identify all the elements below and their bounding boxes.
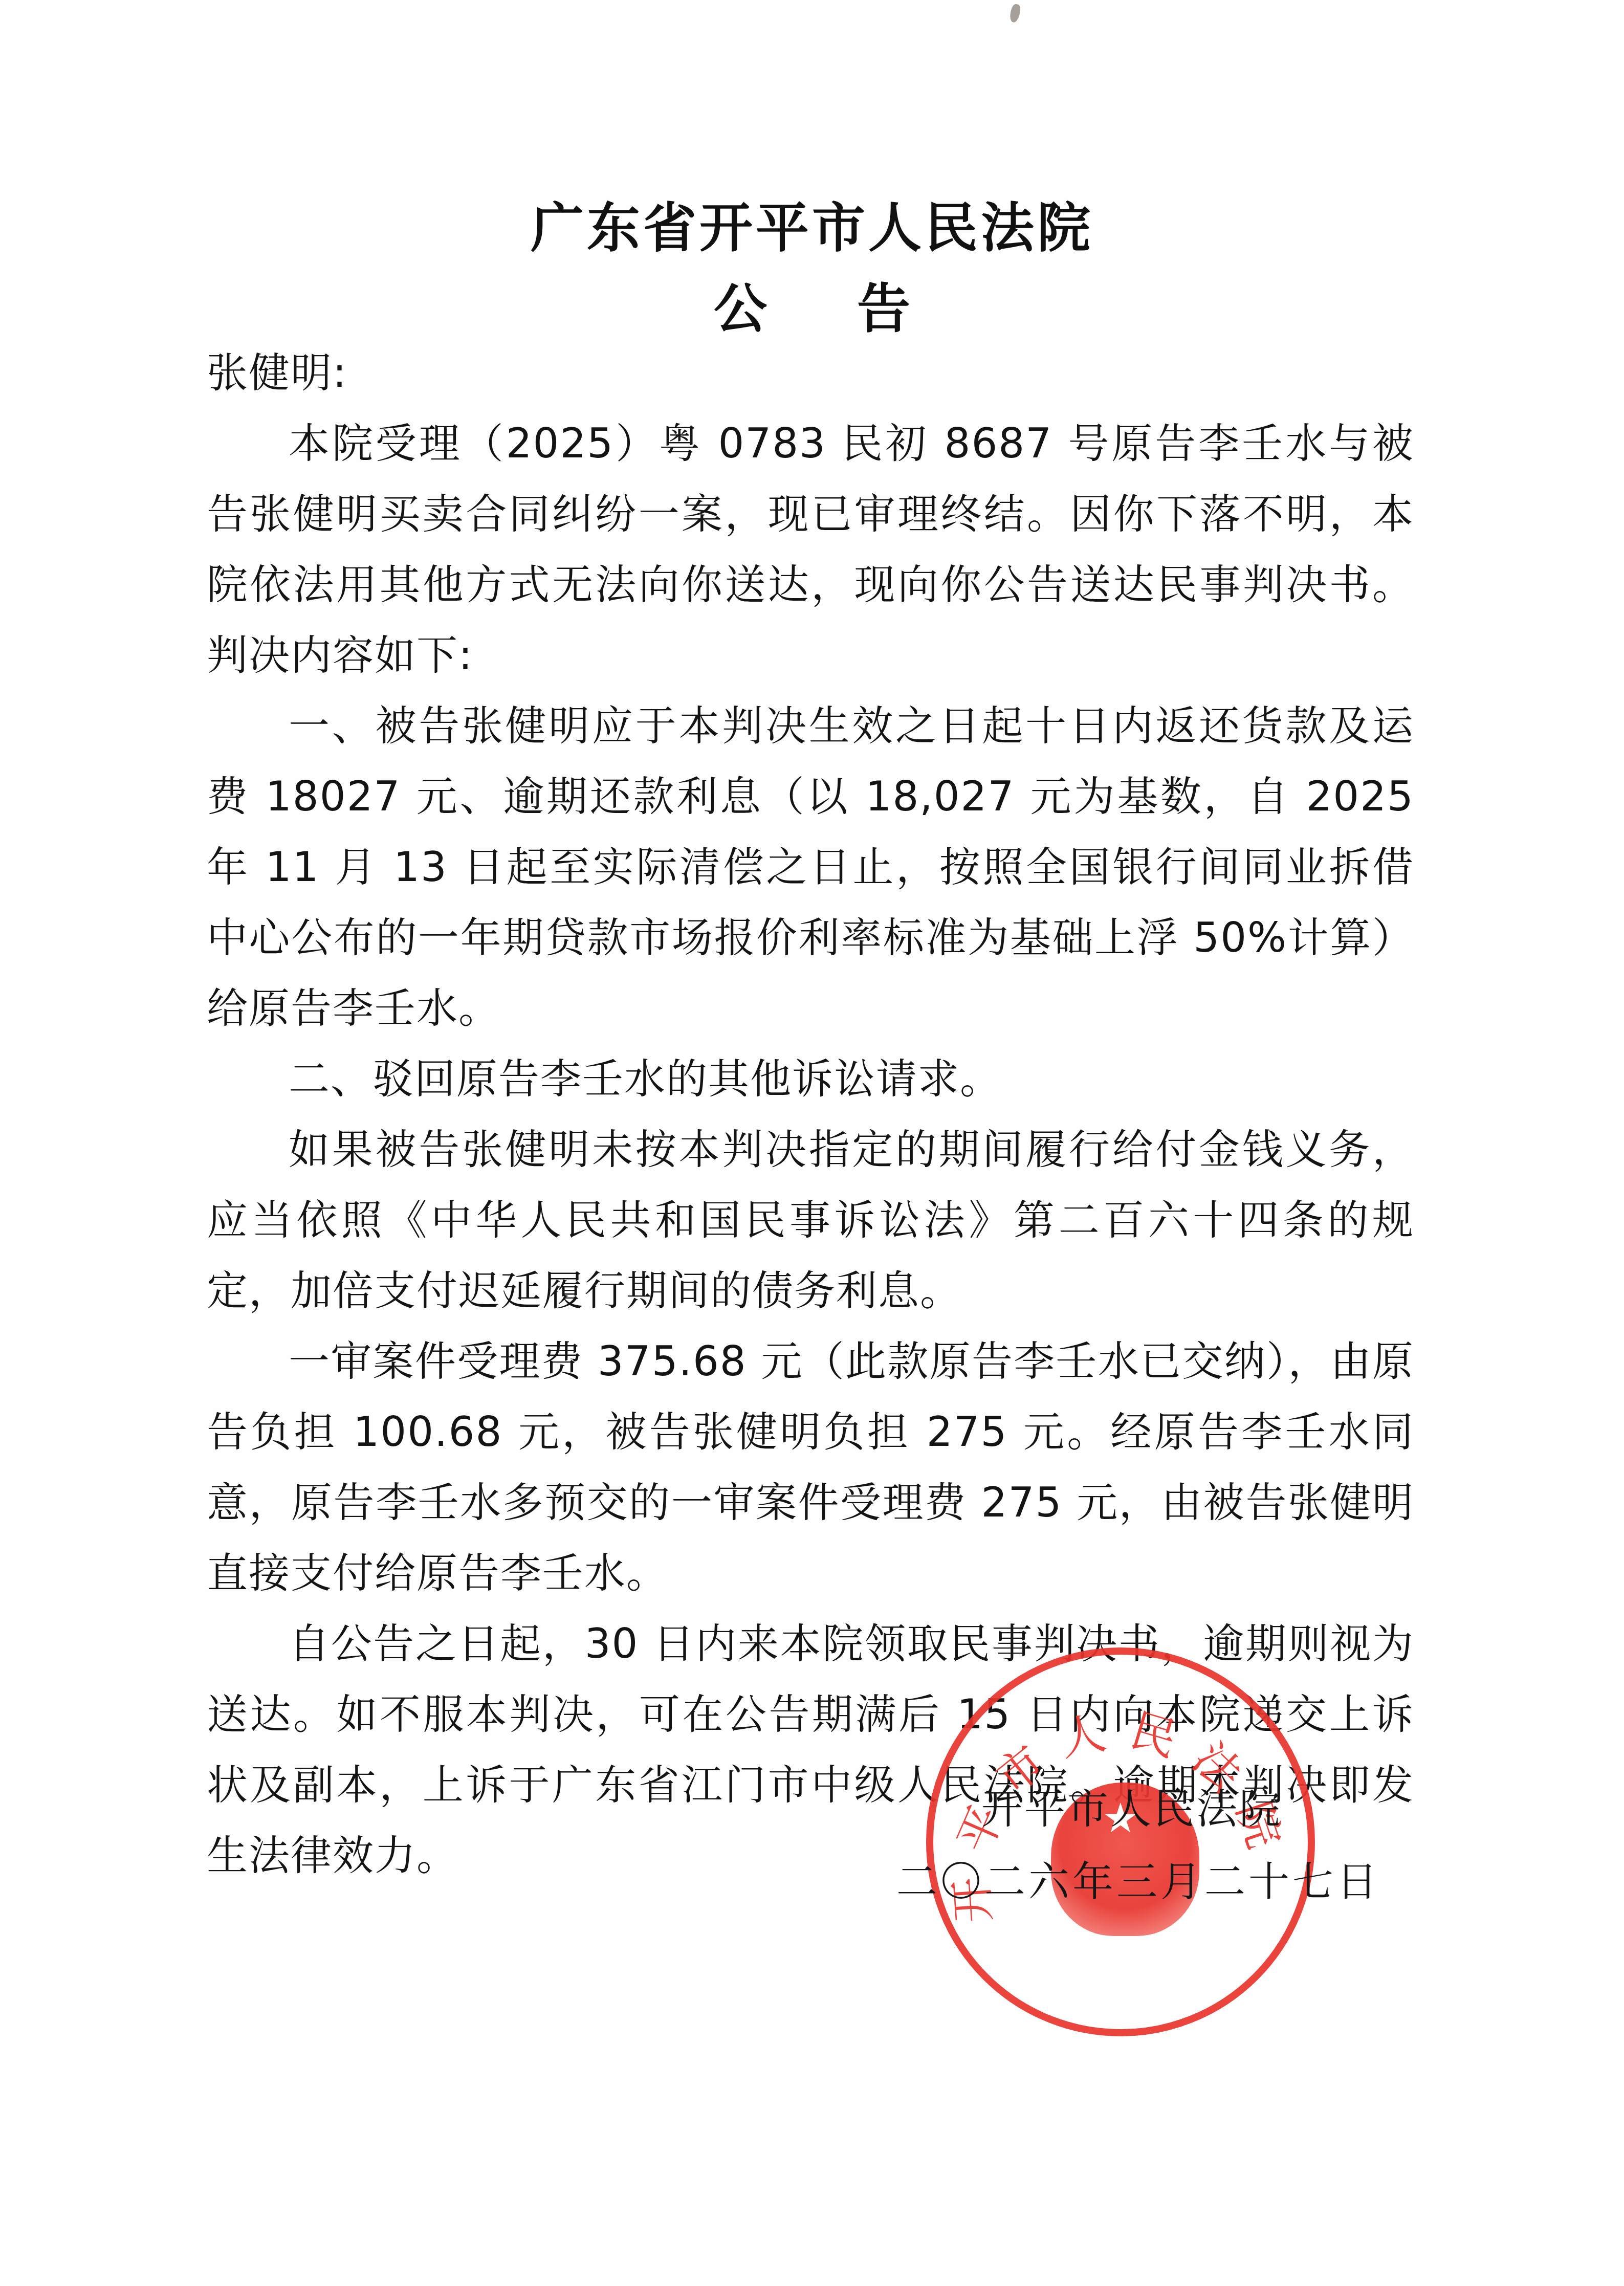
paragraph-judgment-item-1: 一、被告张健明应于本判决生效之日起十日内返还货款及运费 18027 元、逾期还款… [207, 691, 1414, 1044]
signature-court-name: 开平市人民法院 [981, 1784, 1282, 1835]
paragraph-case-intro: 本院受理（2025）粤 0783 民初 8687 号原告李壬水与被告张健明买卖合… [207, 408, 1414, 691]
paragraph-late-payment: 如果被告张健明未按本判决指定的期间履行给付金钱义务，应当依照《中华人民共和国民事… [207, 1114, 1414, 1326]
signature-date: 二〇二六年三月二十七日 [896, 1856, 1380, 1907]
document-page: 广东省开平市人民法院 公 告 张健明: 本院受理（2025）粤 0783 民初 … [0, 0, 1624, 2286]
scan-speck [1008, 4, 1021, 24]
paragraph-court-fees: 一审案件受理费 375.68 元（此款原告李壬水已交纳），由原告负担 100.6… [207, 1326, 1414, 1609]
paragraph-judgment-item-2: 二、驳回原告李壬水的其他诉讼请求。 [207, 1044, 1414, 1114]
notice-heading: 公 告 [0, 266, 1624, 343]
salutation: 张健明: [207, 338, 1414, 408]
court-seal: 开平市人民法院 ★ [926, 1647, 1315, 2036]
court-title: 广东省开平市人民法院 [0, 185, 1624, 262]
